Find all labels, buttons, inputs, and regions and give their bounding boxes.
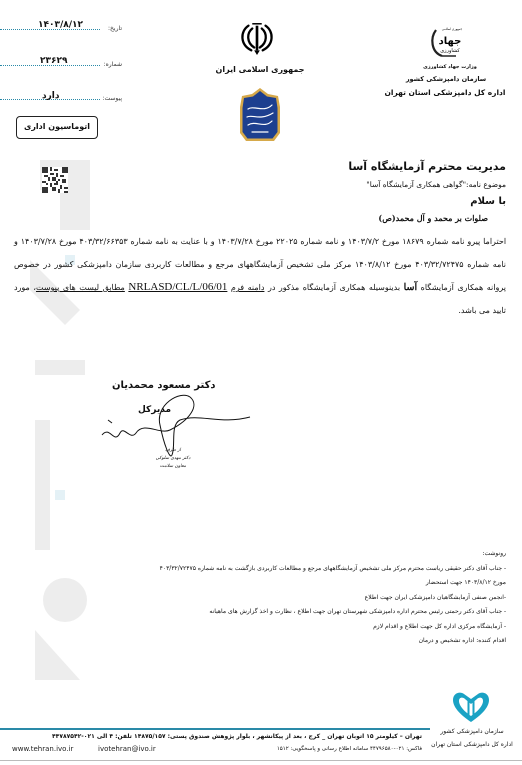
cc-item: - جناب آقای دکتر رحمتی رئیس محترم اداره …: [26, 605, 506, 620]
svg-text:جمهوری اسلامی: جمهوری اسلامی: [442, 27, 463, 31]
greeting: با سلام: [16, 196, 506, 207]
note-line-1: از طرف: [148, 447, 198, 455]
cc-item: -انجمن صنفی آزمایشگاهیان دامپزشکی ایران …: [26, 591, 506, 606]
svg-text:کشاورزی: کشاورزی: [440, 48, 460, 54]
subject-line: موضوع نامه:"گواهی همکاری آزمایشگاه آسا": [16, 180, 506, 189]
number-row: ۲۳۶۲۹ شماره:: [0, 54, 122, 68]
footer-address: تهران – کیلومتر ۱۵ اتوبان تهران _ کرج ، …: [0, 733, 422, 740]
department-name: اداره کل دامپزشکی استان تهران: [380, 88, 510, 97]
date-row: ۱۴۰۳/۸/۱۲ تاریخ:: [0, 18, 122, 32]
footer-fax: فاکس: ۰۲۱-۴۴۷۹۶۵۸۰ سامانه اطلاع رسانی و …: [242, 746, 422, 752]
cc-item: - آزمایشگاه مرکزی اداره کل جهت اطلاع و ا…: [26, 620, 506, 635]
production-leap-badge: [238, 87, 282, 143]
action-by: اقدام کننده: اداره تشخیص و درمان: [26, 634, 506, 649]
svg-text:جهاد: جهاد: [439, 36, 462, 47]
number-value: ۲۳۶۲۹: [40, 56, 67, 66]
footer-divider: [0, 728, 430, 730]
date-label: تاریخ:: [108, 25, 122, 32]
note-line-2: دکتر مهدی سلوکی: [148, 455, 198, 463]
cc-item: - جناب آقای دکتر حقیقی ریاست محترم مرکز …: [26, 562, 506, 577]
note-line-3: معاون سلامت: [148, 463, 198, 471]
scope-form-link[interactable]: دامنه فرم: [231, 283, 265, 292]
cc-item: مورخ ۱۴۰۳/۸/۱۲ جهت استحضار: [26, 576, 506, 591]
republic-title: جمهوری اسلامی ایران: [200, 65, 320, 74]
attachment-list-link[interactable]: مطابق لیست های پیوست: [36, 283, 125, 292]
salawat-line: صلوات بر محمد و آل محمد(ص): [16, 213, 506, 223]
lab-name: آسا: [404, 282, 418, 293]
office-automation-box: اتوماسیون اداری: [16, 116, 98, 139]
addressee: مدیریت محترم آزمایشگاه آسا: [16, 160, 506, 173]
footer-bottom-rule: [0, 760, 522, 761]
carbon-copy-list: رونوشت: - جناب آقای دکتر حقیقی ریاست محت…: [26, 547, 506, 649]
number-label: شماره:: [104, 61, 122, 68]
attachment-row: دارد پیوست:: [0, 88, 122, 102]
paragraph-text-2: بدینوسیله همکاری آزمایشگاه مذکور در: [268, 283, 400, 292]
organization-name: سازمان دامپزشکی کشور: [390, 75, 502, 83]
cc-heading: رونوشت:: [26, 547, 506, 562]
iran-emblem-icon: [238, 20, 276, 56]
ivo-logo-icon: [450, 690, 492, 724]
footer-dept-name: اداره کل دامپزشکی استان تهران: [424, 741, 520, 748]
form-code: NRLASD/CL/L/06/01: [128, 281, 227, 293]
ministry-name: وزارت جهاد کشاورزی: [410, 64, 490, 70]
footer-website-link[interactable]: www.tehran.ivo.ir: [12, 745, 73, 753]
attachment-label: پیوست:: [102, 95, 122, 102]
attachment-value: دارد: [42, 91, 60, 101]
on-behalf-note: از طرف دکتر مهدی سلوکی معاون سلامت: [148, 447, 198, 471]
date-value: ۱۴۰۳/۸/۱۲: [38, 20, 83, 30]
footer-email-link[interactable]: ivotehran@ivo.ir: [98, 745, 156, 753]
letter-body-paragraph: احتراما پیرو نامه شماره ۱۸۶۷۹ مورخ ۱۴۰۳/…: [14, 231, 506, 322]
agriculture-jihad-logo: جهاد کشاورزی جمهوری اسلامی: [428, 24, 468, 60]
footer-org-name: سازمان دامپزشکی کشور: [432, 728, 512, 735]
